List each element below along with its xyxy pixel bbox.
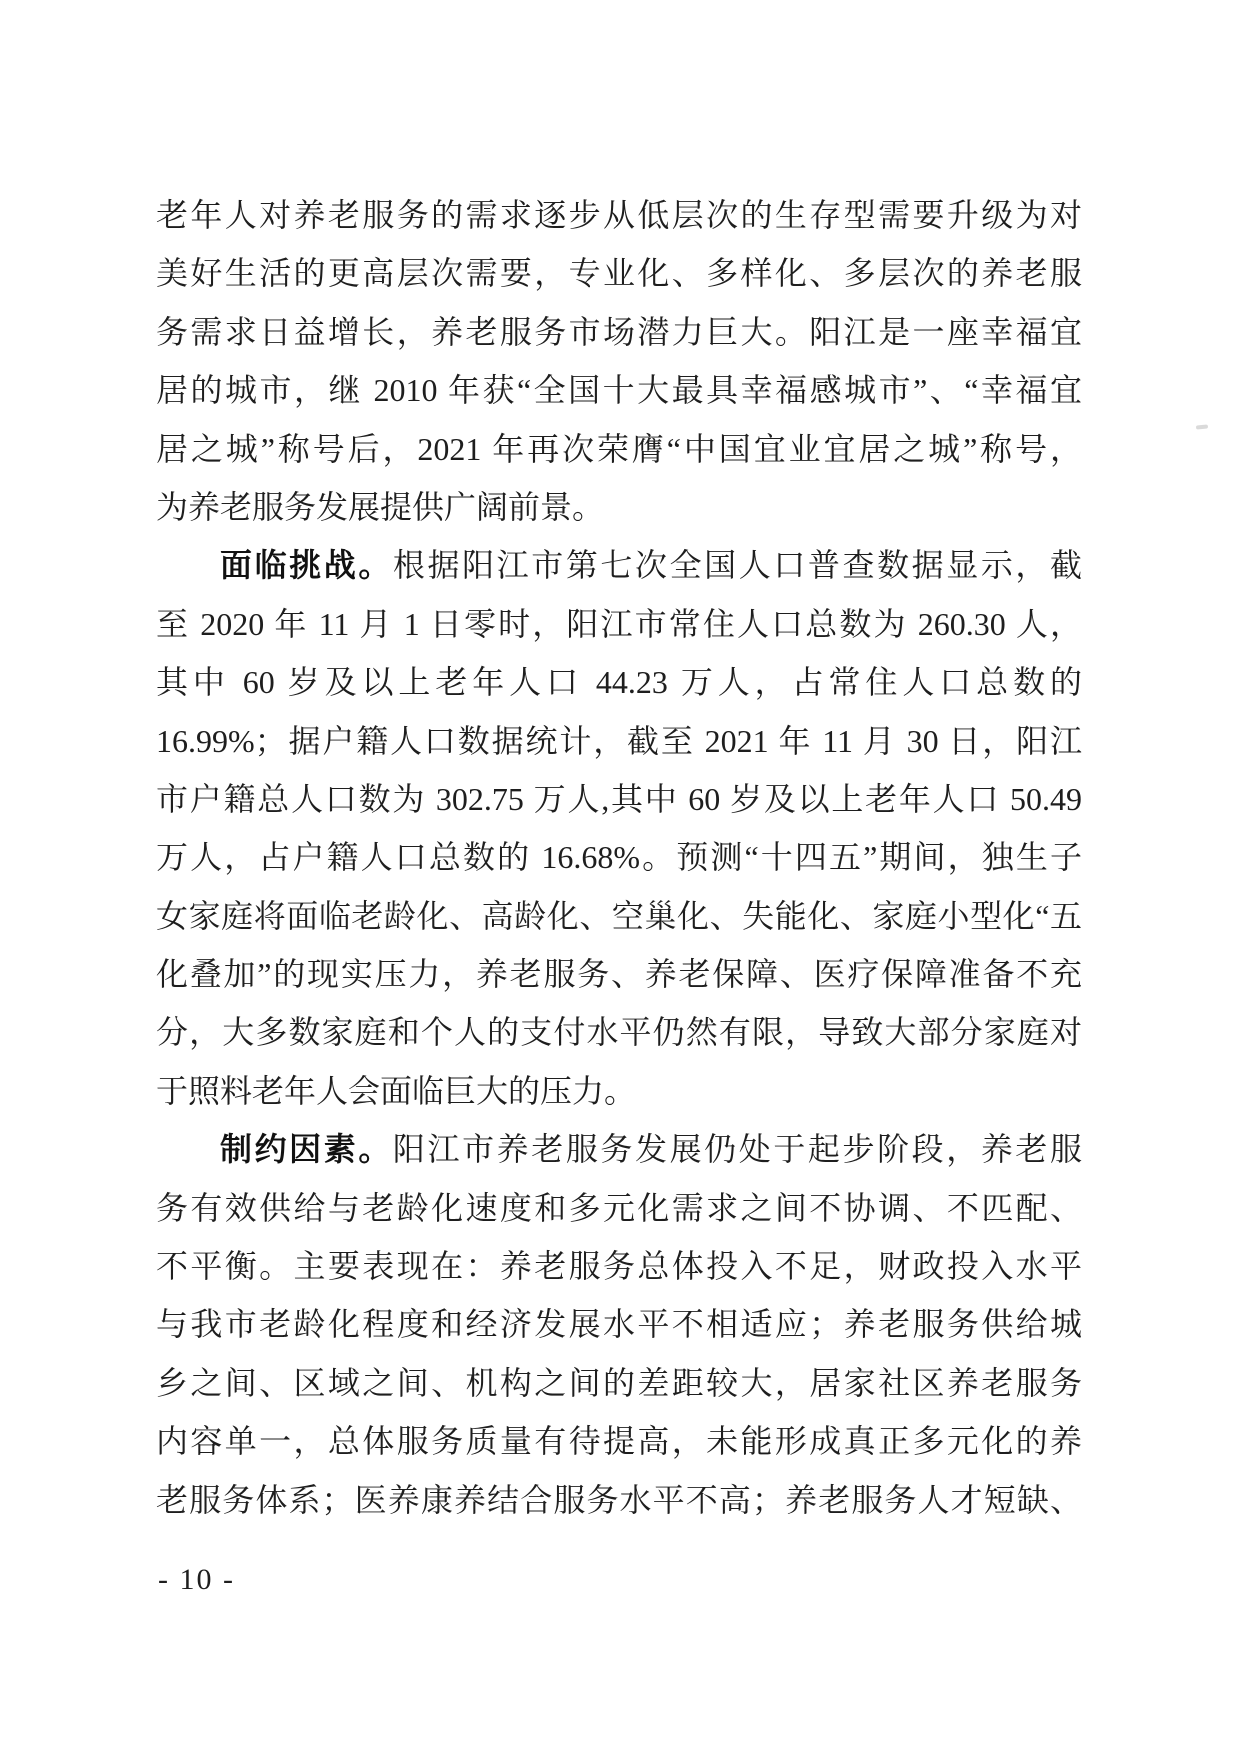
paragraph-lead: 制约因素。 <box>220 1131 393 1167</box>
text-line: 务有效供给与老龄化速度和多元化需求之间不协调、不匹配、 <box>156 1179 1082 1237</box>
text-line: 不平衡。主要表现在：养老服务总体投入不足，财政投入水平 <box>156 1237 1082 1295</box>
text-line: 美好生活的更高层次需要，专业化、多样化、多层次的养老服 <box>156 244 1082 302</box>
text-line: 为养老服务发展提供广阔前景。 <box>156 478 1082 536</box>
text-line: 女家庭将面临老龄化、高龄化、空巢化、失能化、家庭小型化“五 <box>156 887 1082 945</box>
text-line: 于照料老年人会面临巨大的压力。 <box>156 1062 1082 1120</box>
text-line: 化叠加”的现实压力，养老服务、养老保障、医疗保障准备不充 <box>156 945 1082 1003</box>
text-line: 与我市老龄化程度和经济发展水平不相适应；养老服务供给城 <box>156 1295 1082 1353</box>
text-line: 其中 60 岁及以上老年人口 44.23 万人，占常住人口总数的 <box>156 653 1082 711</box>
text-line: 至 2020 年 11 月 1 日零时，阳江市常住人口总数为 260.30 人， <box>156 595 1082 653</box>
text-line: 制约因素。阳江市养老服务发展仍处于起步阶段，养老服 <box>156 1120 1082 1178</box>
text-line: 内容单一，总体服务质量有待提高，未能形成真正多元化的养 <box>156 1412 1082 1470</box>
text-line: 老服务体系；医养康养结合服务水平不高；养老服务人才短缺、 <box>156 1471 1082 1529</box>
document-body: 老年人对养老服务的需求逐步从低层次的生存型需要升级为对美好生活的更高层次需要，专… <box>156 186 1082 1529</box>
text-line: 老年人对养老服务的需求逐步从低层次的生存型需要升级为对 <box>156 186 1082 244</box>
scan-artifact <box>1196 424 1208 429</box>
text-line: 居的城市，继 2010 年获“全国十大最具幸福感城市”、“幸福宜 <box>156 361 1082 419</box>
text-line: 居之城”称号后，2021 年再次荣膺“中国宜业宜居之城”称号， <box>156 420 1082 478</box>
page-number: - 10 - <box>158 1562 235 1598</box>
paragraph-lead: 面临挑战。 <box>220 547 393 583</box>
text-line: 乡之间、区域之间、机构之间的差距较大，居家社区养老服务 <box>156 1354 1082 1412</box>
text-line: 万人，占户籍人口总数的 16.68%。预测“十四五”期间，独生子 <box>156 828 1082 886</box>
text-run: 阳江市养老服务发展仍处于起步阶段，养老服 <box>393 1131 1082 1167</box>
text-run: 根据阳江市第七次全国人口普查数据显示，截 <box>393 547 1082 583</box>
text-line: 面临挑战。根据阳江市第七次全国人口普查数据显示，截 <box>156 536 1082 594</box>
text-line: 16.99%；据户籍人口数据统计，截至 2021 年 11 月 30 日，阳江 <box>156 712 1082 770</box>
text-line: 分，大多数家庭和个人的支付水平仍然有限，导致大部分家庭对 <box>156 1003 1082 1061</box>
text-line: 务需求日益增长，养老服务市场潜力巨大。阳江是一座幸福宜 <box>156 303 1082 361</box>
text-line: 市户籍总人口数为 302.75 万人,其中 60 岁及以上老年人口 50.49 <box>156 770 1082 828</box>
document-page: 老年人对养老服务的需求逐步从低层次的生存型需要升级为对美好生活的更高层次需要，专… <box>0 0 1240 1753</box>
